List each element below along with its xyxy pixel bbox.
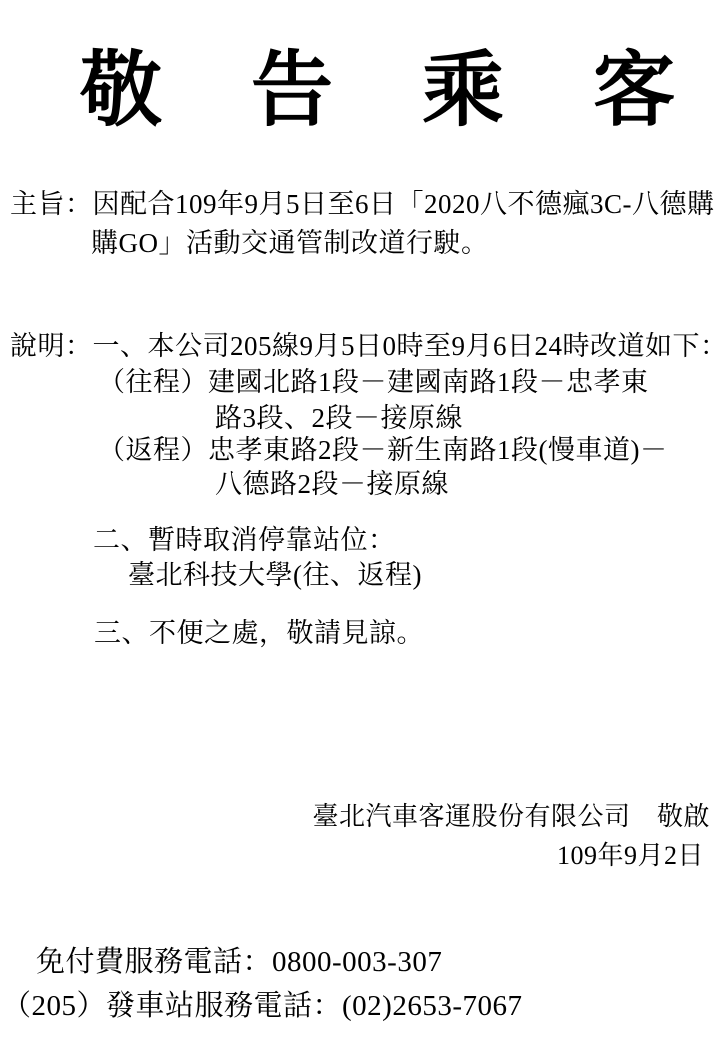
title-char: 敬 [80,50,162,132]
signature-date: 109年9月2日 [557,841,704,871]
notice-title: 敬 告 乘 客 [80,50,675,132]
description-item3-apology: 三、不便之處，敬請見諒。 [94,618,424,649]
description-item1-line-1: 說明：一、本公司205線9月5日0時至9月6日24時改道如下： [10,331,720,362]
description-item1-return-route: （返程）忠孝東路2段－新生南路1段(慢車道)－ [98,435,667,466]
description-item1-return-route-cont: 八德路2段－接原線 [215,469,449,500]
signature-company: 臺北汽車客運股份有限公司 敬啟 [312,802,710,832]
passenger-notice-page: 敬 告 乘 客 主旨：因配合109年9月5日至6日「2020八不德瘋3C-八德購… [0,0,720,1040]
title-char: 乘 [422,50,504,132]
station-phone: （205）發車站服務電話：(02)2653-7067 [2,990,522,1023]
title-char: 告 [251,50,333,132]
toll-free-phone: 免付費服務電話：0800-003-307 [36,946,442,979]
description-item2-cancelled-stop: 臺北科技大學(往、返程) [128,560,422,591]
description-item1-outbound-route: （往程）建國北路1段－建國南路1段－忠孝東 [98,367,649,398]
title-char: 客 [593,50,675,132]
description-item2-line-1: 二、暫時取消停靠站位： [93,525,396,556]
subject-line-2: 購GO」活動交通管制改道行駛。 [91,228,489,259]
description-item1-outbound-route-cont: 路3段、2段－接原線 [215,403,463,434]
subject-line-1: 主旨：因配合109年9月5日至6日「2020八不德瘋3C-八德購 [10,189,715,220]
